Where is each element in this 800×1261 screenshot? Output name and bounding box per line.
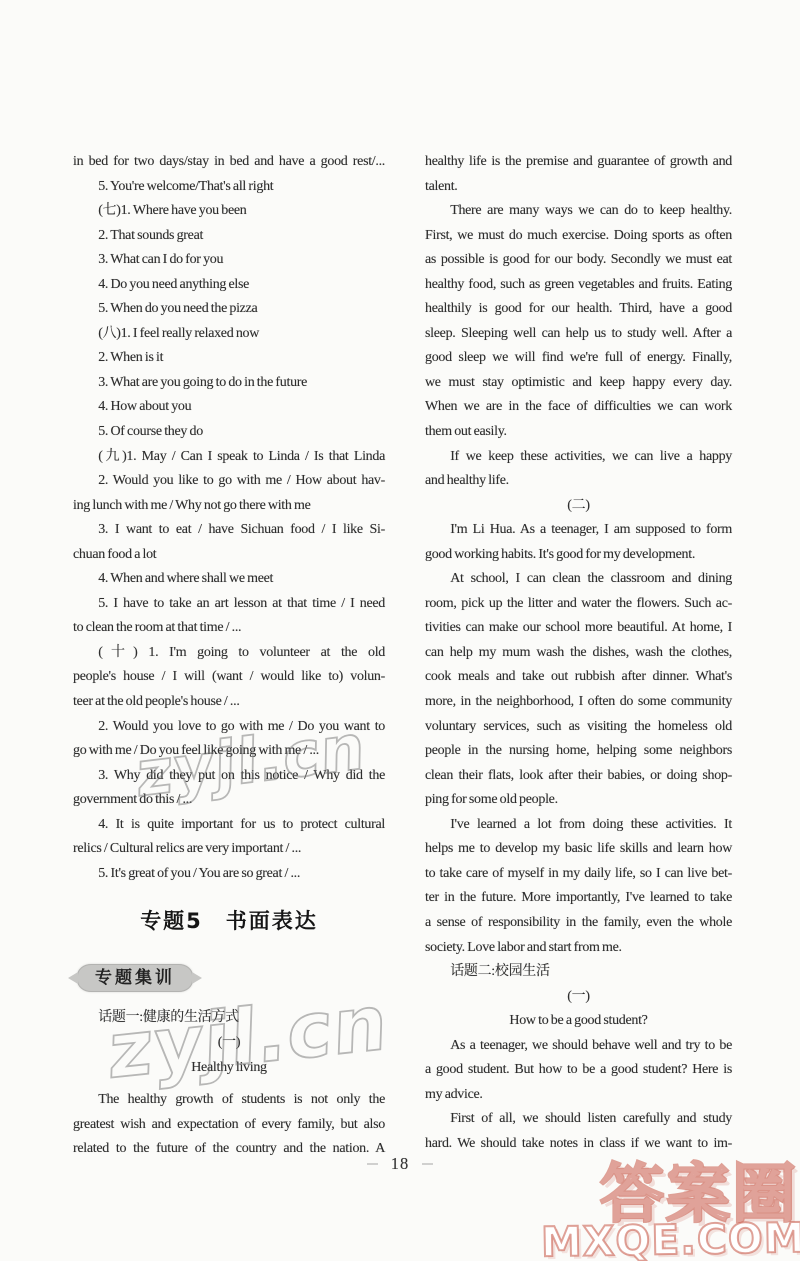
text-line: (七)1. Where have you been xyxy=(73,199,385,224)
text-line: I'm Li Hua. As a teenager, I am supposed… xyxy=(425,518,732,543)
text-line: 5. I have to take an art lesson at that … xyxy=(73,592,385,617)
page-number-dash-left xyxy=(367,1163,378,1165)
text-line: more, in the neighborhood, I often do so… xyxy=(425,690,732,715)
text-line: a sense of responsibility in the family,… xyxy=(425,911,732,936)
text-line: 5. Of course they do xyxy=(73,420,385,445)
badge-row: 专题集训 xyxy=(73,964,385,994)
text-line: my advice. xyxy=(425,1083,732,1108)
text-line: to clean the room at that time / ... xyxy=(73,616,385,641)
text-line: helps me to develop my basic life skills… xyxy=(425,837,732,862)
text-line: go with me / Do you feel like going with… xyxy=(73,739,385,764)
text-line: There are many ways we can do to keep he… xyxy=(425,199,732,224)
text-line: them out easily. xyxy=(425,420,732,445)
text-line: At school, I can clean the classroom and… xyxy=(425,567,732,592)
text-line: ing lunch with me / Why not go there wit… xyxy=(73,494,385,519)
text-line: people in the nursing home, helping some… xyxy=(425,739,732,764)
text-line: 2. Would you like to go with me / How ab… xyxy=(73,469,385,494)
left-column: in bed for two days/stay in bed and have… xyxy=(73,150,385,1162)
text-line: as possible is good for our body. Second… xyxy=(425,248,732,273)
text-line: good sleep we will find we're full of en… xyxy=(425,346,732,371)
text-line: (八)1. I feel really relaxed now xyxy=(73,322,385,347)
text-line: When we are in the face of difficulties … xyxy=(425,395,732,420)
text-line: 5. When do you need the pizza xyxy=(73,297,385,322)
text-line: we must stay optimistic and keep happy e… xyxy=(425,371,732,396)
text-line: teer at the old people's house / ... xyxy=(73,690,385,715)
text-line: 4. Do you need anything else xyxy=(73,273,385,298)
text-line: 3. What are you going to do in the futur… xyxy=(73,371,385,396)
text-line: healthily is good for our health. Third,… xyxy=(425,297,732,322)
text-line: in bed for two days/stay in bed and have… xyxy=(73,150,385,175)
text-line: (一) xyxy=(73,1031,385,1056)
text-line: 2. When is it xyxy=(73,346,385,371)
text-line: 3. I want to eat / have Sichuan food / I… xyxy=(73,518,385,543)
text-line: and healthy life. xyxy=(425,469,732,494)
text-line: 4. When and where shall we meet xyxy=(73,567,385,592)
text-line: ping for some old people. xyxy=(425,788,732,813)
text-line: (二) xyxy=(425,494,732,519)
text-line: room, pick up the litter and water the f… xyxy=(425,592,732,617)
page-number: 18 xyxy=(391,1154,410,1174)
text-line: 2. Would you love to go with me / Do you… xyxy=(73,715,385,740)
text-line: As a teenager, we should behave well and… xyxy=(425,1034,732,1059)
text-line: How to be a good student? xyxy=(425,1009,732,1034)
text-line: healthy life is the premise and guarante… xyxy=(425,150,732,175)
page-number-row: 18 xyxy=(0,1152,800,1176)
text-line: First, we must do much exercise. Doing s… xyxy=(425,224,732,249)
text-line: 3. Why did they put on this notice / Why… xyxy=(73,764,385,789)
text-line: 5. You're welcome/That's all right xyxy=(73,175,385,200)
text-line: (九)1. May / Can I speak to Linda / Is th… xyxy=(73,445,385,470)
text-line: 3. What can I do for you xyxy=(73,248,385,273)
text-line: can help my mum wash the dishes, wash th… xyxy=(425,641,732,666)
text-line: Healthy living xyxy=(73,1056,385,1081)
text-line: relics / Cultural relics are very import… xyxy=(73,837,385,862)
text-line: good working habits. It's good for my de… xyxy=(425,543,732,568)
text-line: 4. How about you xyxy=(73,395,385,420)
text-line: greatest wish and expectation of every f… xyxy=(73,1113,385,1138)
brand-watermark-site: MXQE.COM xyxy=(541,1214,800,1261)
text-line: The healthy growth of students is not on… xyxy=(73,1088,385,1113)
text-line: I've learned a lot from doing these acti… xyxy=(425,813,732,838)
text-line: government do this / ... xyxy=(73,788,385,813)
text-line: 2. That sounds great xyxy=(73,224,385,249)
page: in bed for two days/stay in bed and have… xyxy=(0,0,800,1261)
text-line: chuan food a lot xyxy=(73,543,385,568)
text-line: First of all, we should listen carefully… xyxy=(425,1107,732,1132)
text-line: 5. It's great of you / You are so great … xyxy=(73,862,385,887)
text-line: clean their flats, look after their babi… xyxy=(425,764,732,789)
text-line: society. Love labor and start from me. xyxy=(425,936,732,961)
right-column: healthy life is the premise and guarante… xyxy=(425,150,732,1156)
text-line: to take care of myself in my daily life,… xyxy=(425,862,732,887)
text-line: (一) xyxy=(425,985,732,1010)
section-heading: 专题5 书面表达 xyxy=(73,905,385,938)
page-number-dash-right xyxy=(422,1163,433,1165)
text-line: tivities can make our school more beauti… xyxy=(425,616,732,641)
text-line: cook meals and take out rubbish after di… xyxy=(425,665,732,690)
text-line: 4. It is quite important for us to prote… xyxy=(73,813,385,838)
text-line: (十) 1. I'm going to volunteer at the old xyxy=(73,641,385,666)
text-line: healthy food, such as green vegetables a… xyxy=(425,273,732,298)
text-line: 话题一:健康的生活方式 xyxy=(73,1006,385,1031)
text-line: 话题二:校园生活 xyxy=(425,960,732,985)
text-line: voluntary services, such as visiting the… xyxy=(425,715,732,740)
text-line: talent. xyxy=(425,175,732,200)
text-line: sleep. Sleeping well can help us to stud… xyxy=(425,322,732,347)
topic-drill-badge: 专题集训 xyxy=(77,964,193,992)
text-line: people's house / I will (want / would li… xyxy=(73,665,385,690)
text-line: If we keep these activities, we can live… xyxy=(425,445,732,470)
text-line: ter in the future. More importantly, I'v… xyxy=(425,886,732,911)
text-line: a good student. But how to be a good stu… xyxy=(425,1058,732,1083)
